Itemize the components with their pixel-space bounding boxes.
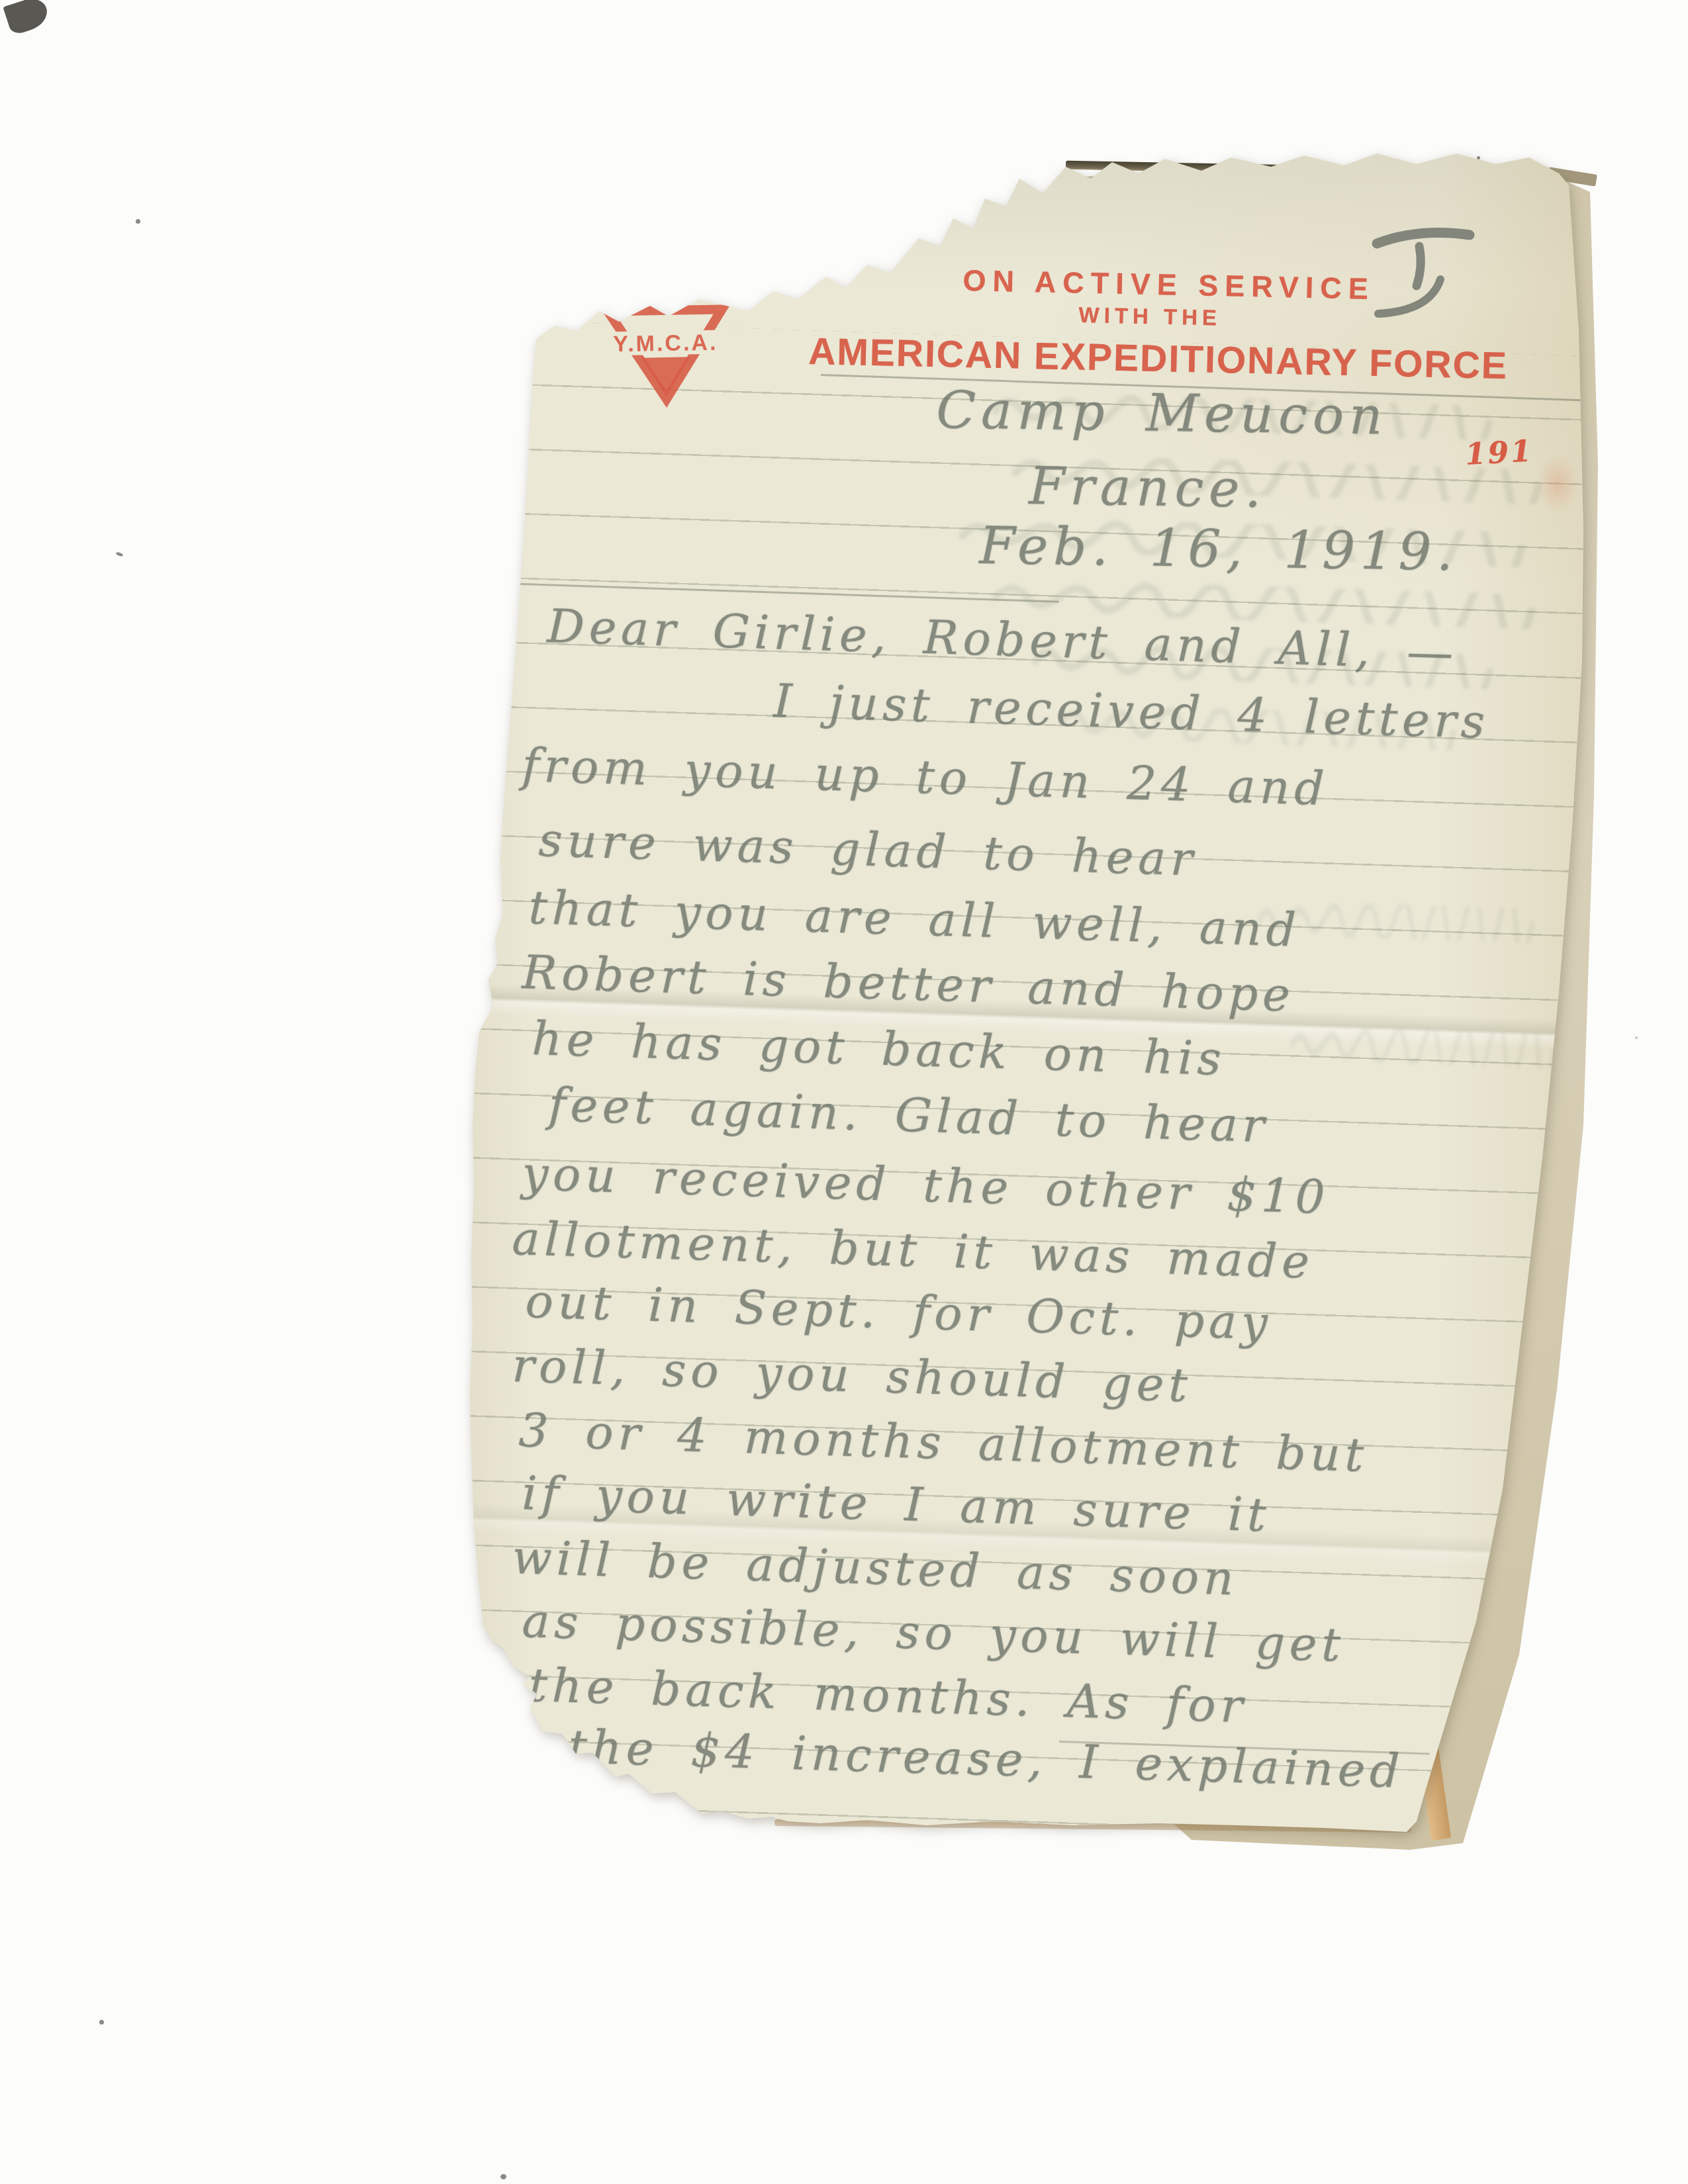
heading-place: Camp Meucon (936, 381, 1388, 447)
logo-triangle-text: Y.M.C.A. (613, 330, 718, 357)
page-marker-pencil-I (1369, 218, 1481, 324)
heading-date: Feb. 16, 1919. (979, 516, 1459, 582)
letterhead-line-1: ON ACTIVE SERVICE (962, 263, 1334, 306)
ymca-triangle-icon: AMERICAN Y.M.C.A. (589, 249, 741, 410)
letter-sheet: AMERICAN Y.M.C.A. ON ACTIVE SERVICE WITH… (463, 152, 1599, 1853)
letterhead-year-prefix: 191 (1464, 433, 1534, 472)
svg-text:AMERICAN: AMERICAN (589, 249, 741, 306)
logo-arc-text: AMERICAN (589, 249, 741, 306)
paper-stain (1537, 455, 1578, 512)
letter-sheet-wrap: AMERICAN Y.M.C.A. ON ACTIVE SERVICE WITH… (0, 0, 1688, 2184)
scanned-letter-page: AMERICAN Y.M.C.A. ON ACTIVE SERVICE WITH… (0, 0, 1688, 2184)
letterhead-line-2: WITH THE (1078, 302, 1221, 330)
heading-country: France. (1029, 457, 1267, 520)
